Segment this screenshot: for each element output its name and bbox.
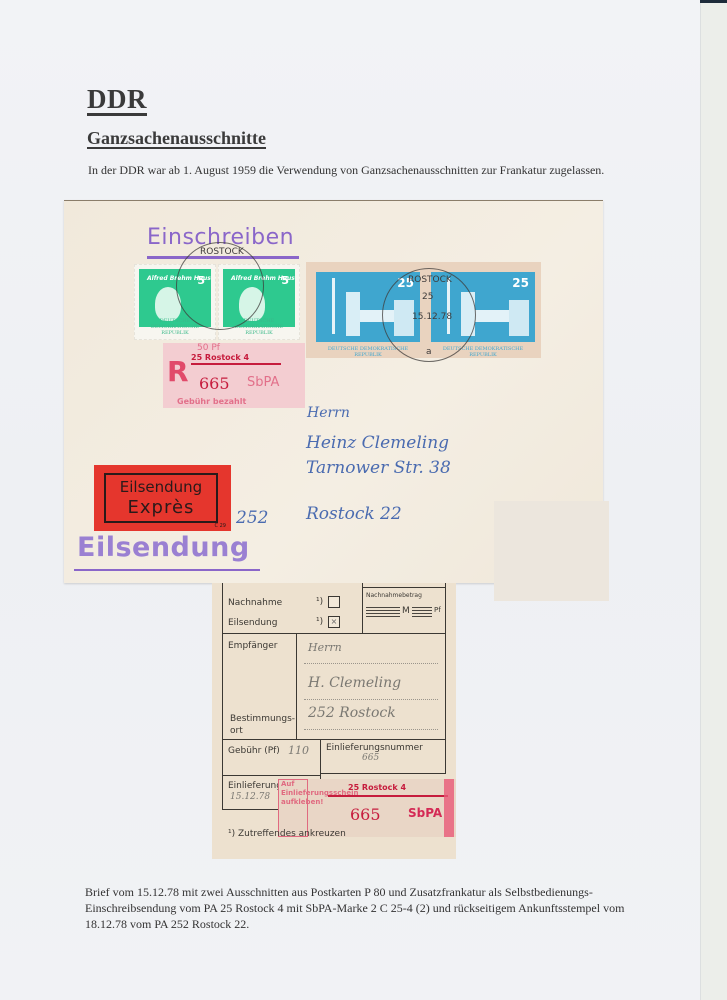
- label-bestimmungsort-2: ort: [230, 726, 243, 736]
- address-postcode: 252: [236, 508, 268, 528]
- postmark-town: ROSTOCK: [200, 247, 244, 257]
- express-code: C 29: [215, 523, 226, 529]
- page-edge: [700, 0, 727, 1000]
- registration-letter: R: [167, 355, 189, 388]
- label-empfaenger: Empfänger: [228, 641, 278, 651]
- postmark-date: 15.12.78: [412, 312, 452, 322]
- registration-type: SbPA: [247, 375, 279, 390]
- registration-office: 25 Rostock 4: [191, 353, 249, 362]
- page-title: DDR: [87, 84, 147, 115]
- stamp-value: 5: [281, 274, 289, 287]
- label-nachnahme: Nachnahme: [228, 598, 282, 608]
- express-line1: Eilsendung: [106, 478, 216, 496]
- sbpa-type: SbPA: [408, 806, 442, 820]
- label-einlieferungsnummer: Einlieferungsnummer: [326, 743, 423, 753]
- address-city: Rostock 22: [306, 504, 402, 524]
- footnote: ¹) Zutreffendes ankreuzen: [228, 829, 346, 839]
- label-currency-pf: Pf: [434, 606, 441, 614]
- postmark-town: ROSTOCK: [408, 275, 452, 285]
- handwritten-destination: 252 Rostock: [308, 705, 396, 721]
- express-handstamp-line: [74, 569, 260, 571]
- intro-text: In der DDR war ab 1. August 1959 die Ver…: [88, 163, 604, 178]
- registration-label: R 50 Pf 25 Rostock 4 665 SbPA Gebühr bez…: [163, 343, 305, 408]
- handwritten-fee: 110: [288, 744, 309, 757]
- address-name: Heinz Clemeling: [306, 433, 449, 453]
- registration-number: 665: [199, 374, 230, 393]
- registration-receipt: Nachnahme ¹) Eilsendung ¹) × Nachnahmebe…: [212, 583, 456, 859]
- sbpa-number: 665: [350, 805, 381, 824]
- label-gebuehr: Gebühr (Pf): [228, 746, 280, 756]
- address-street: Tarnower Str. 38: [306, 458, 451, 478]
- tv-tower-icon: [332, 278, 335, 334]
- express-label: Eilsendung Exprès C 29: [94, 465, 231, 531]
- page-edge-top: [700, 0, 727, 3]
- label-bestimmungsort: Bestimmungs-: [230, 714, 295, 724]
- page-subtitle: Ganzsachenausschnitte: [87, 128, 266, 149]
- footnote-mark: ¹): [316, 597, 323, 607]
- express-handstamp: Eilsendung: [77, 532, 250, 563]
- express-line2: Exprès: [106, 497, 216, 518]
- sbpa-office: 25 Rostock 4: [348, 783, 406, 792]
- postmark-office: 25: [422, 292, 433, 302]
- handwritten-number: 665: [362, 753, 379, 763]
- nachnahme-checkbox[interactable]: [328, 596, 340, 608]
- registration-footer: Gebühr bezahlt: [177, 397, 246, 406]
- caption-text: Brief vom 15.12.78 mit zwei Ausschnitten…: [85, 884, 645, 932]
- address-salutation: Herrn: [307, 405, 350, 421]
- label-nachnahmebetrag: Nachnahmebetrag: [366, 592, 422, 599]
- handwritten-recipient-1: Herrn: [308, 641, 342, 654]
- handwritten-date: 15.12.78: [230, 792, 270, 802]
- eilsendung-checkbox-checked[interactable]: ×: [328, 616, 340, 628]
- label-eilsendung: Eilsendung: [228, 618, 277, 628]
- envelope-patch: [494, 501, 609, 601]
- registration-fee: 50 Pf: [197, 343, 220, 353]
- footnote-mark: ¹): [316, 617, 323, 627]
- handwritten-recipient-2: H. Clemeling: [308, 675, 401, 691]
- stamp-value: 25: [512, 276, 529, 290]
- label-currency-m: M: [402, 606, 410, 616]
- postmark-letter: a: [426, 347, 432, 357]
